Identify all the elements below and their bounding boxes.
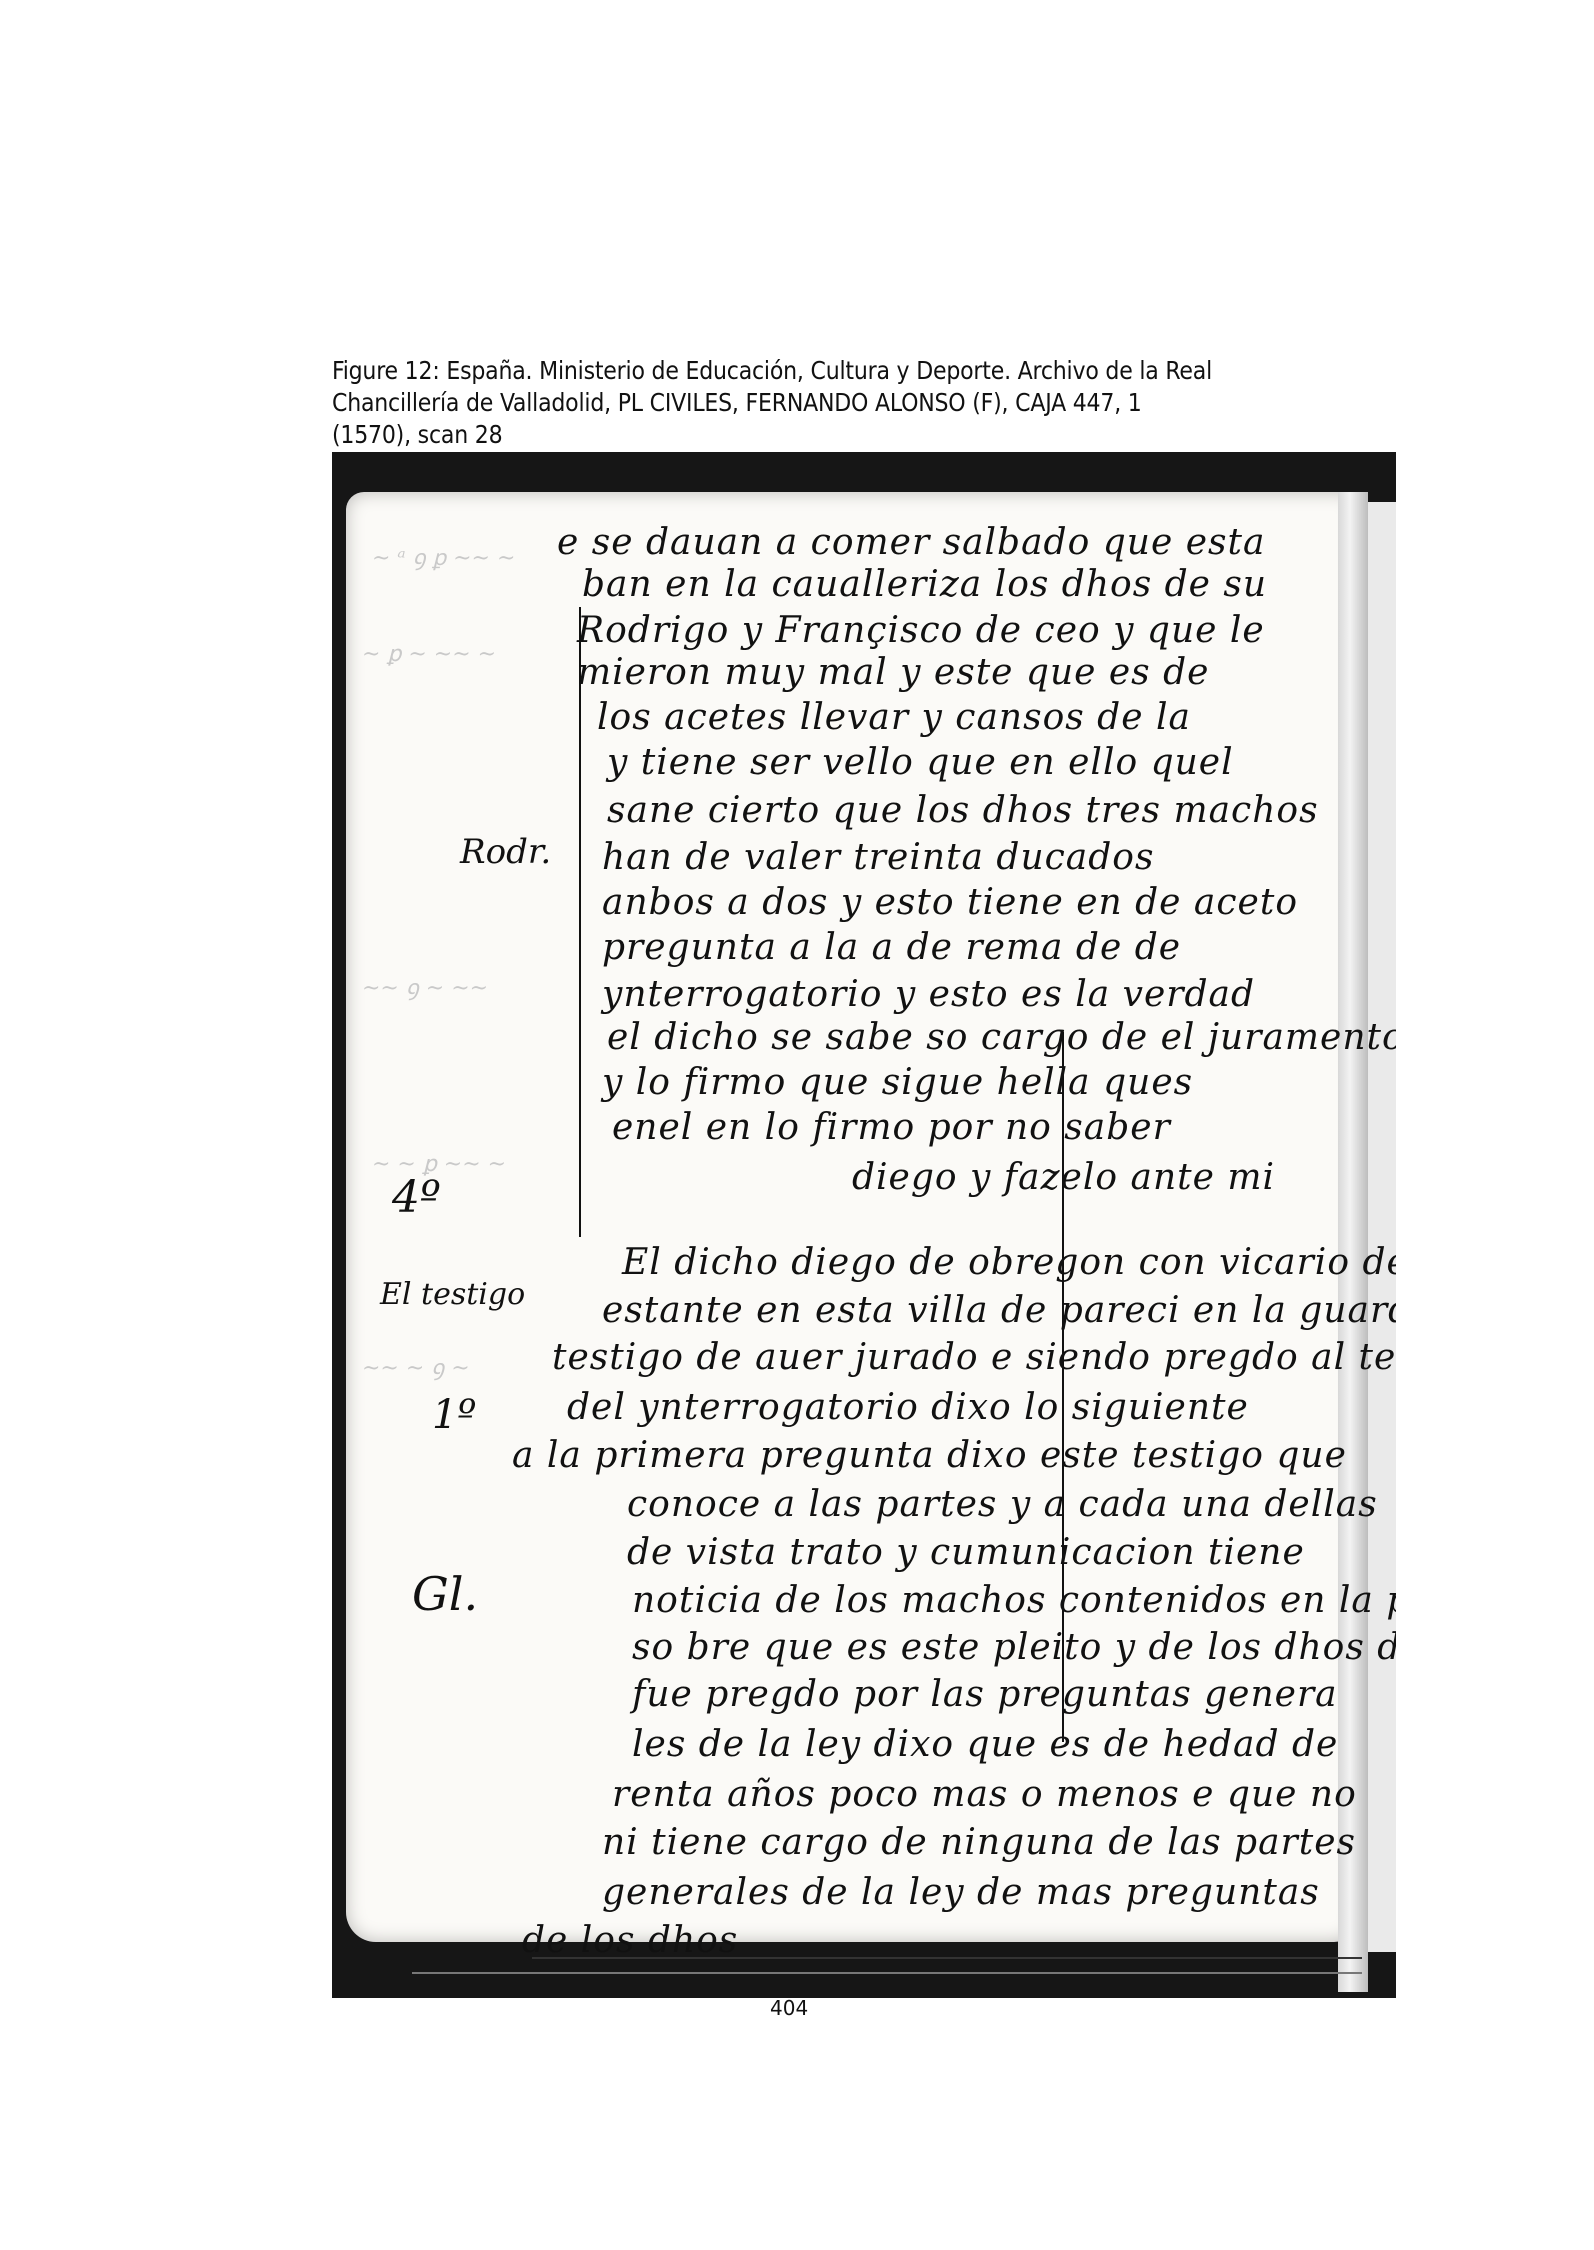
ruled-line <box>412 1972 1362 1974</box>
page-edge <box>1368 502 1396 1952</box>
margin-note: 1º <box>432 1392 476 1438</box>
manuscript-line: ynterrogatorio y esto es la verdad <box>602 974 1255 1015</box>
manuscript-line: enel en lo firmo por no saber <box>612 1107 1171 1148</box>
manuscript-line: conoce a las partes y a cada una dellas <box>627 1484 1378 1525</box>
manuscript-line: y tiene ser vello que en ello quel <box>607 742 1234 783</box>
manuscript-line: del ynterrogatorio dixo lo siguiente <box>567 1387 1249 1428</box>
caption-line: (1570), scan 28 <box>332 419 1396 451</box>
manuscript-line: estante en esta villa de pareci en la gu… <box>602 1290 1396 1331</box>
manuscript-line: e se dauan a comer salbado que esta <box>557 522 1265 563</box>
manuscript-line: han de valer treinta ducados <box>602 837 1154 878</box>
manuscript-line: los acetes llevar y cansos de la <box>597 697 1191 738</box>
manuscript-line: anbos a dos y esto tiene en de aceto <box>602 882 1298 923</box>
margin-note: 4º <box>392 1172 441 1223</box>
margin-note: Rodr. <box>460 832 551 872</box>
manuscript-line: so bre que es este pleito y de los dhos … <box>632 1627 1396 1668</box>
manuscript-line: testigo de auer jurado e siendo pregdo a… <box>552 1337 1396 1378</box>
ruled-line <box>532 1957 1362 1959</box>
manuscript-line: ni tiene cargo de ninguna de las partes <box>602 1822 1356 1863</box>
manuscript-line: ban en la caualleriza los dhos de su <box>582 564 1267 605</box>
manuscript-line: de los dhos <box>522 1920 738 1961</box>
manuscript-line: a la primera pregunta dixo este testigo … <box>512 1435 1347 1476</box>
margin-note: El testigo <box>380 1277 525 1312</box>
manuscript-line: noticia de los machos contenidos en la p… <box>632 1580 1396 1621</box>
manuscript-line: el dicho se sabe so cargo de el jurament… <box>607 1017 1396 1058</box>
manuscript-line: fue pregdo por las preguntas genera <box>632 1674 1338 1715</box>
manuscript-line: Rodrigo y Françisco de ceo y que le <box>577 610 1265 651</box>
manuscript-line: mieron muy mal y este que es de <box>577 652 1209 693</box>
bleed-through-text: ~~ ~ ꝯ ~ <box>362 1352 470 1382</box>
manuscript-line: El dicho diego de obregon con vicario de… <box>622 1242 1396 1283</box>
page-number: 404 <box>770 1996 808 2020</box>
manuscript-line: generales de la ley de mas preguntas <box>602 1872 1320 1913</box>
bleed-through-text: ~ ꝑ ~ ~~ ~ <box>362 642 496 667</box>
bleed-through-text: ~ ᵃ ꝯ ꝑ ~~ ~ <box>372 542 515 572</box>
margin-note: Gl. <box>412 1567 478 1621</box>
bleed-through-text: ~~ ꝯ ~ ~~ <box>362 972 488 1002</box>
margin-brace-line <box>579 607 581 1237</box>
manuscript-line: de vista trato y cumunicacion tiene <box>627 1532 1305 1573</box>
manuscript-line: y lo firmo que sigue hella ques <box>602 1062 1193 1103</box>
manuscript-line: pregunta a la a de rema de de <box>602 927 1181 968</box>
manuscript-line: diego y fazelo ante mi <box>852 1157 1275 1198</box>
manuscript-scan-image: ~ ᵃ ꝯ ꝑ ~~ ~ ~ ꝑ ~ ~~ ~ ~~ ꝯ ~ ~~ ~ ~ ꝑ … <box>332 452 1396 1998</box>
figure-caption: Figure 12: España. Ministerio de Educaci… <box>332 355 1396 451</box>
caption-line: Figure 12: España. Ministerio de Educaci… <box>332 355 1396 387</box>
manuscript-line: renta años poco mas o menos e que no <box>612 1774 1357 1815</box>
caption-line: Chancillería de Valladolid, PL CIVILES, … <box>332 387 1396 419</box>
manuscript-line: les de la ley dixo que es de hedad de <box>632 1724 1338 1765</box>
manuscript-line: sane cierto que los dhos tres machos <box>607 790 1319 831</box>
